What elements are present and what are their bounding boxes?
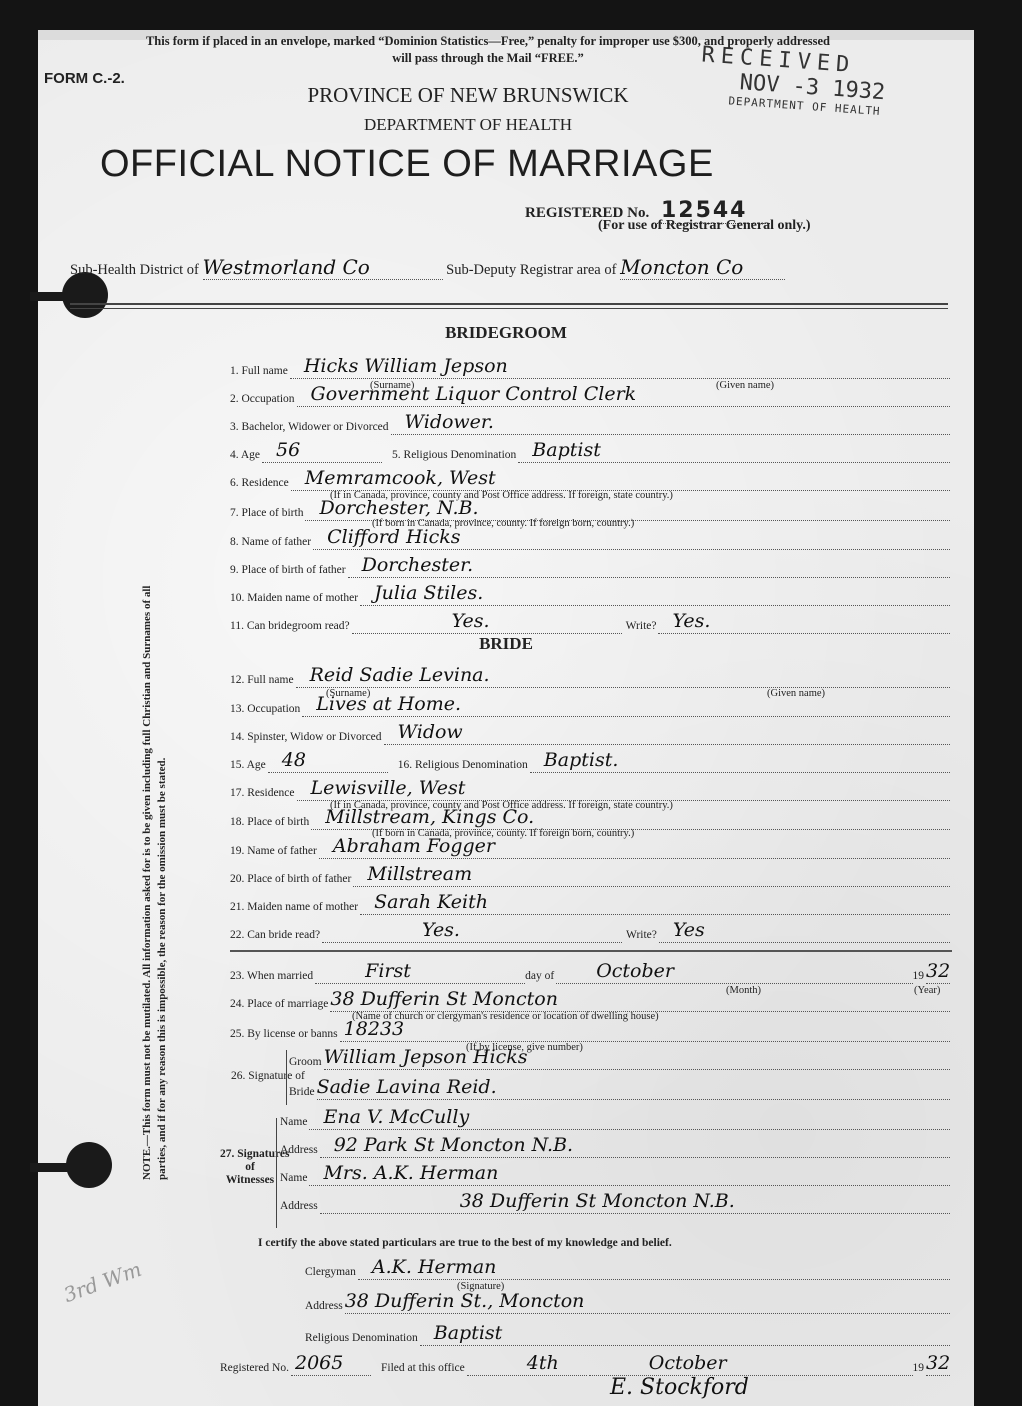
field-label: 17. Residence xyxy=(230,787,295,801)
registrar-note: (For use of Registrar General only.) xyxy=(598,218,811,234)
bride-occupation: Lives at Home. xyxy=(316,693,461,715)
field-label: 15. Age xyxy=(230,759,266,773)
bride-heading: BRIDE xyxy=(38,634,974,654)
field-label: Filed at this office xyxy=(381,1362,465,1376)
field-label: 25. By license or banns xyxy=(230,1028,338,1042)
groom-can-read: Yes. xyxy=(452,610,490,632)
certification-statement: I certify the above stated particulars a… xyxy=(258,1237,672,1249)
bride-marital-status: Widow xyxy=(398,721,463,743)
groom-residence-row: 6. Residence Memramcook, West xyxy=(230,467,950,491)
registrar-signature: E. Stockford xyxy=(610,1375,749,1400)
bride-marital-row: 14. Spinster, Widow or Divorced Widow xyxy=(230,721,950,745)
witness-1-address: 92 Park St Moncton N.B. xyxy=(334,1134,573,1156)
when-married-row: 23. When married First day of October 19… xyxy=(230,960,950,984)
groom-father-name: Clifford Hicks xyxy=(327,526,460,548)
filing-row: Registered No. 2065 Filed at this office… xyxy=(220,1352,950,1376)
field-label: 4. Age xyxy=(230,449,260,463)
field-label: 5. Religious Denomination xyxy=(392,449,516,463)
groom-can-write: Yes. xyxy=(672,610,710,632)
bride-literacy-row: 22. Can bride read? Yes. Write? Yes xyxy=(230,919,950,943)
field-label: 7. Place of birth xyxy=(230,507,303,521)
bride-full-name-row: 12. Full name Reid Sadie Levina. xyxy=(230,664,950,688)
field-label: Name xyxy=(280,1172,307,1186)
field-label: 24. Place of marriage xyxy=(230,998,328,1012)
binder-hole-bottom xyxy=(66,1142,112,1188)
bride-age: 48 xyxy=(282,749,306,771)
signature-brace xyxy=(286,1050,287,1105)
bride-age-religion-row: 15. Age 48 16. Religious Denomination Ba… xyxy=(230,749,950,773)
field-label: 20. Place of birth of father xyxy=(230,873,351,887)
bride-occupation-row: 13. Occupation Lives at Home. xyxy=(230,693,950,717)
place-of-marriage-row: 24. Place of marriage 38 Dufferin St Mon… xyxy=(230,988,950,1012)
year-prefix: 19 xyxy=(913,970,925,984)
sub-deputy-value: Moncton Co xyxy=(620,255,743,279)
field-label: Address xyxy=(280,1144,318,1158)
department-heading: DEPARTMENT OF HEALTH xyxy=(0,115,936,135)
groom-signature-row: Groom William Jepson Hicks xyxy=(289,1046,950,1070)
field-label: 13. Occupation xyxy=(230,703,300,717)
sub-deputy-label: Sub-Deputy Registrar area of xyxy=(446,262,616,278)
field-label: Address xyxy=(305,1300,343,1314)
witness-1-name: Ena V. McCully xyxy=(323,1106,469,1128)
year-prefix: 19 xyxy=(913,1362,925,1376)
scan-border-left xyxy=(0,0,35,1406)
bride-residence-row: 17. Residence Lewisville, West xyxy=(230,777,950,801)
groom-birthplace: Dorchester, N.B. xyxy=(319,497,478,519)
groom-religion: Baptist xyxy=(532,439,601,461)
groom-mother-row: 10. Maiden name of mother Julia Stiles. xyxy=(230,582,950,606)
field-label: Name xyxy=(280,1116,307,1130)
groom-father-birthplace-row: 9. Place of birth of father Dorchester. xyxy=(230,554,950,578)
groom-father-row: 8. Name of father Clifford Hicks xyxy=(230,526,950,550)
scan-border-right xyxy=(975,0,1022,1406)
field-label: 19. Name of father xyxy=(230,845,317,859)
field-label: 2. Occupation xyxy=(230,393,295,407)
local-registered-number: 2065 xyxy=(295,1352,343,1374)
field-label: 12. Full name xyxy=(230,674,294,688)
field-label: day of xyxy=(525,970,554,984)
witnesses-label-line1: 27. Signatures xyxy=(220,1148,280,1161)
witnesses-brace xyxy=(276,1118,277,1228)
witnesses-label-line2: of xyxy=(220,1161,280,1174)
bride-can-read: Yes. xyxy=(422,919,460,941)
field-label: 11. Can bridegroom read? xyxy=(230,620,350,634)
sub-health-district-label: Sub-Health District of xyxy=(70,262,199,278)
filed-month: October xyxy=(649,1352,727,1374)
district-row: Sub-Health District of Westmorland Co Su… xyxy=(70,255,950,280)
field-label: Write? xyxy=(626,929,657,943)
bride-signature-row: Bride Sadie Lavina Reid. xyxy=(289,1076,950,1100)
side-note: NOTE.—This form must not be mutilated. A… xyxy=(140,500,170,1180)
field-label: Write? xyxy=(626,620,657,634)
bride-religion: Baptist. xyxy=(544,749,619,771)
clergyman-denomination-row: Religious Denomination Baptist xyxy=(305,1322,950,1346)
bride-birthplace-row: 18. Place of birth Millstream, Kings Co. xyxy=(230,806,950,830)
groom-signature: William Jepson Hicks xyxy=(324,1046,528,1068)
bride-can-write: Yes xyxy=(673,919,705,941)
marriage-month: October xyxy=(596,960,674,982)
filed-year: 32 xyxy=(926,1352,950,1374)
bride-birthplace: Millstream, Kings Co. xyxy=(325,806,534,828)
binder-tab-bottom xyxy=(30,1163,70,1172)
field-label: 3. Bachelor, Widower or Divorced xyxy=(230,421,389,435)
license-number: 18233 xyxy=(344,1018,404,1040)
field-label: Clergyman xyxy=(305,1266,356,1280)
field-label: Religious Denomination xyxy=(305,1332,418,1346)
witness-2-name: Mrs. A.K. Herman xyxy=(323,1162,498,1184)
bride-signature: Sadie Lavina Reid. xyxy=(317,1076,497,1098)
field-label: 14. Spinster, Widow or Divorced xyxy=(230,731,382,745)
field-label: 23. When married xyxy=(230,970,313,984)
groom-residence: Memramcook, West xyxy=(305,467,496,489)
bride-mother-maiden-name: Sarah Keith xyxy=(374,891,488,913)
place-of-marriage: 38 Dufferin St Moncton xyxy=(330,988,558,1010)
field-label: Registered No. xyxy=(220,1362,289,1376)
mail-note-line1: This form if placed in an envelope, mark… xyxy=(48,33,928,50)
field-label: 1. Full name xyxy=(230,365,288,379)
field-label: 18. Place of birth xyxy=(230,816,309,830)
marriage-year: 32 xyxy=(926,960,950,982)
field-label: Groom xyxy=(289,1056,322,1070)
witnesses-label: 27. Signatures of Witnesses xyxy=(220,1148,280,1187)
groom-mother-maiden-name: Julia Stiles. xyxy=(374,582,483,604)
witness-2-name-row: Name Mrs. A.K. Herman xyxy=(280,1162,950,1186)
clergyman-row: Clergyman A.K. Herman xyxy=(305,1256,950,1280)
bride-mother-row: 21. Maiden name of mother Sarah Keith xyxy=(230,891,950,915)
license-row: 25. By license or banns 18233 xyxy=(230,1018,950,1042)
bride-father-birthplace-row: 20. Place of birth of father Millstream xyxy=(230,863,950,887)
bride-divider xyxy=(230,950,952,952)
witness-1-address-row: Address 92 Park St Moncton N.B. xyxy=(280,1134,950,1158)
groom-occupation: Government Liquor Control Clerk xyxy=(311,383,637,405)
side-note-line1: NOTE.—This form must not be mutilated. A… xyxy=(140,500,155,1180)
witness-2-address-row: Address 38 Dufferin St Moncton N.B. xyxy=(280,1190,950,1214)
field-label: Address xyxy=(280,1200,318,1214)
filed-day: 4th xyxy=(527,1352,559,1374)
groom-marital-status: Widower. xyxy=(405,411,494,433)
marriage-day: First xyxy=(365,960,411,982)
field-label: 21. Maiden name of mother xyxy=(230,901,358,915)
side-note-line2: parties, and if for any reason this is i… xyxy=(155,500,170,1180)
groom-father-birthplace: Dorchester. xyxy=(362,554,474,576)
groom-full-name: Hicks William Jepson xyxy=(304,355,508,377)
field-label: Bride xyxy=(289,1086,315,1100)
clergyman-address: 38 Dufferin St., Moncton xyxy=(345,1290,585,1312)
field-label: 9. Place of birth of father xyxy=(230,564,346,578)
header-divider xyxy=(70,303,948,309)
bride-father-name: Abraham Fogger xyxy=(333,835,495,857)
bride-residence: Lewisville, West xyxy=(311,777,466,799)
sub-health-district-value: Westmorland Co xyxy=(203,255,370,279)
witness-1-name-row: Name Ena V. McCully xyxy=(280,1106,950,1130)
bride-father-row: 19. Name of father Abraham Fogger xyxy=(230,835,950,859)
bridegroom-heading: BRIDEGROOM xyxy=(38,323,974,343)
field-label: 22. Can bride read? xyxy=(230,929,320,943)
bride-full-name: Reid Sadie Levina. xyxy=(310,664,490,686)
field-label: 8. Name of father xyxy=(230,536,311,550)
groom-age-religion-row: 4. Age 56 5. Religious Denomination Bapt… xyxy=(230,439,950,463)
clergyman-denomination: Baptist xyxy=(434,1322,503,1344)
clergyman-signature: A.K. Herman xyxy=(372,1256,497,1278)
groom-marital-row: 3. Bachelor, Widower or Divorced Widower… xyxy=(230,411,950,435)
bride-father-birthplace: Millstream xyxy=(367,863,472,885)
field-label: 10. Maiden name of mother xyxy=(230,592,358,606)
groom-age: 56 xyxy=(276,439,300,461)
groom-literacy-row: 11. Can bridegroom read? Yes. Write? Yes… xyxy=(230,610,950,634)
groom-full-name-row: 1. Full name Hicks William Jepson xyxy=(230,355,950,379)
groom-occupation-row: 2. Occupation Government Liquor Control … xyxy=(230,383,950,407)
witness-2-address: 38 Dufferin St Moncton N.B. xyxy=(460,1190,735,1212)
witnesses-label-line3: Witnesses xyxy=(220,1174,280,1187)
field-label: 16. Religious Denomination xyxy=(398,759,528,773)
page-title: OFFICIAL NOTICE OF MARRIAGE xyxy=(100,143,714,186)
field-label: 6. Residence xyxy=(230,477,289,491)
clergyman-address-row: Address 38 Dufferin St., Moncton xyxy=(305,1290,950,1314)
